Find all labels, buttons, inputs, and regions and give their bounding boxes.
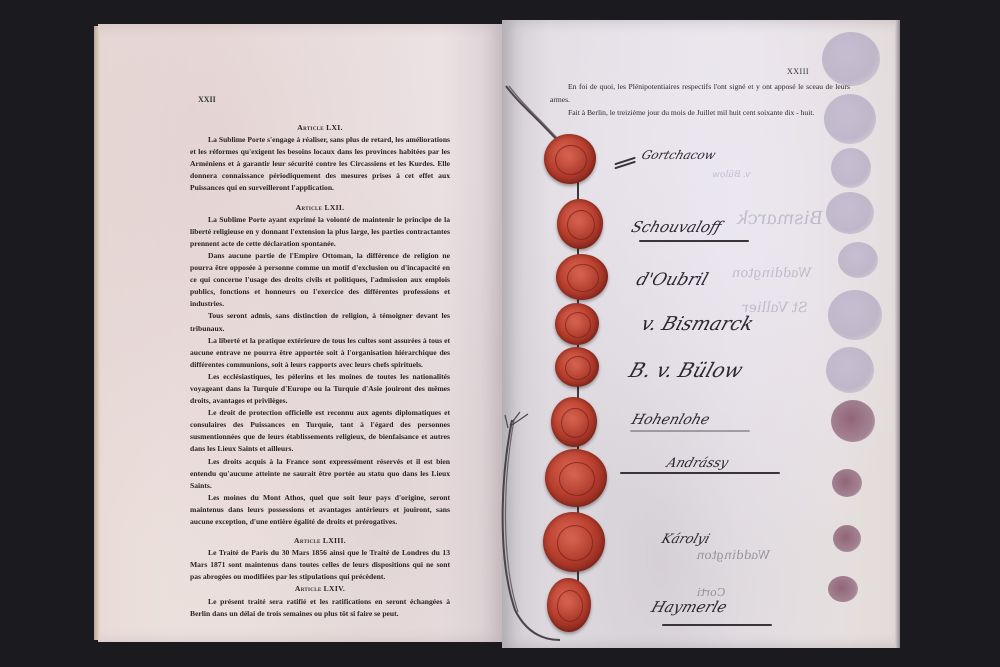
article-title: Article LXIV.: [190, 583, 450, 595]
paragraph: Fait à Berlin, le treizième jour du mois…: [550, 106, 850, 119]
paragraph: Le présent traité sera ratifié et les ra…: [190, 596, 450, 620]
paragraph: La Sublime Porte ayant exprimé la volont…: [190, 214, 450, 250]
open-book: XXII Article LXI. La Sublime Porte s'eng…: [0, 0, 1000, 667]
wax-seal: [551, 397, 597, 447]
paragraph: Les droits acquis à la France sont expre…: [190, 456, 450, 492]
signature-flourish: [639, 240, 749, 242]
seal-impression: [838, 242, 878, 278]
signature-bulow: B. v. Bülow: [626, 358, 746, 382]
article-title: Article LXIII.: [190, 535, 450, 547]
signature-haymerle: Haymerle: [649, 598, 729, 616]
signature-bleed: Bismarck: [734, 208, 826, 229]
paragraph: La Sublime Porte s'engage à réaliser, sa…: [190, 134, 450, 194]
page-edge: [94, 26, 100, 640]
paragraph: Dans aucune partie de l'Empire Ottoman, …: [190, 250, 450, 310]
wax-seal: [557, 199, 603, 249]
signature-flourish: [662, 624, 772, 626]
paragraph: Les ecclésiastiques, les pèlerins et les…: [190, 371, 450, 407]
signature-hohenlohe: Hohenlohe: [629, 412, 711, 428]
paragraph: La liberté et la pratique extérieure de …: [190, 335, 450, 371]
paragraph: Le Traité de Paris du 30 Mars 1856 ainsi…: [190, 547, 450, 583]
seal-impression: [828, 290, 882, 340]
paragraph: Le droit de protection officielle est re…: [190, 407, 450, 455]
signature-bleed: Corti: [695, 586, 727, 599]
treaty-text: Article LXI. La Sublime Porte s'engage à…: [190, 122, 450, 620]
seal-impression: [824, 94, 876, 144]
wax-seal: [556, 254, 608, 300]
signature-bleed: Waddington: [730, 266, 814, 281]
wax-seal: [544, 134, 596, 184]
signature-andrassy: Andrássy: [665, 456, 731, 471]
wax-seal: [547, 578, 591, 632]
paragraph: Les moines du Mont Athos, quel que soit …: [190, 492, 450, 528]
article-title: Article LXI.: [190, 122, 450, 134]
page-edge: [895, 20, 900, 648]
seal-impression: [822, 32, 880, 86]
seal-impression: [831, 400, 875, 442]
article-title: Article LXII.: [190, 202, 450, 214]
seal-impression: [831, 148, 871, 188]
seal-impression: [833, 525, 861, 552]
seal-impression: [826, 192, 874, 234]
left-page: XXII Article LXI. La Sublime Porte s'eng…: [98, 24, 502, 642]
paragraph: Tous seront admis, sans distinction de r…: [190, 310, 450, 334]
wax-seal: [555, 347, 599, 387]
signature-gortchacow: Gortchacow: [640, 148, 718, 162]
wax-seal: [545, 449, 607, 507]
signature-bleed: Waddington: [695, 548, 772, 562]
paragraph: En foi de quoi, les Plénipotentiaires re…: [550, 80, 850, 106]
signature-flourish: [620, 472, 780, 474]
seal-impression: [826, 347, 874, 393]
signature-bismarck: v. Bismarck: [638, 313, 756, 335]
seal-impression: [828, 576, 858, 602]
signature-oubril: d'Oubril: [634, 270, 711, 290]
wax-seal: [555, 303, 599, 345]
page-number: XXIII: [787, 67, 809, 76]
seal-impression: [832, 469, 862, 497]
closing-text: En foi de quoi, les Plénipotentiaires re…: [550, 80, 850, 119]
wax-seal: [543, 512, 605, 572]
signature-schouvaloff: Schouvaloff: [629, 218, 724, 236]
page-number: XXII: [198, 95, 216, 104]
signature-karolyi: Károlyi: [660, 532, 712, 547]
signature-flourish: [630, 430, 750, 432]
signature-bleed: v. Bülow: [710, 170, 751, 180]
